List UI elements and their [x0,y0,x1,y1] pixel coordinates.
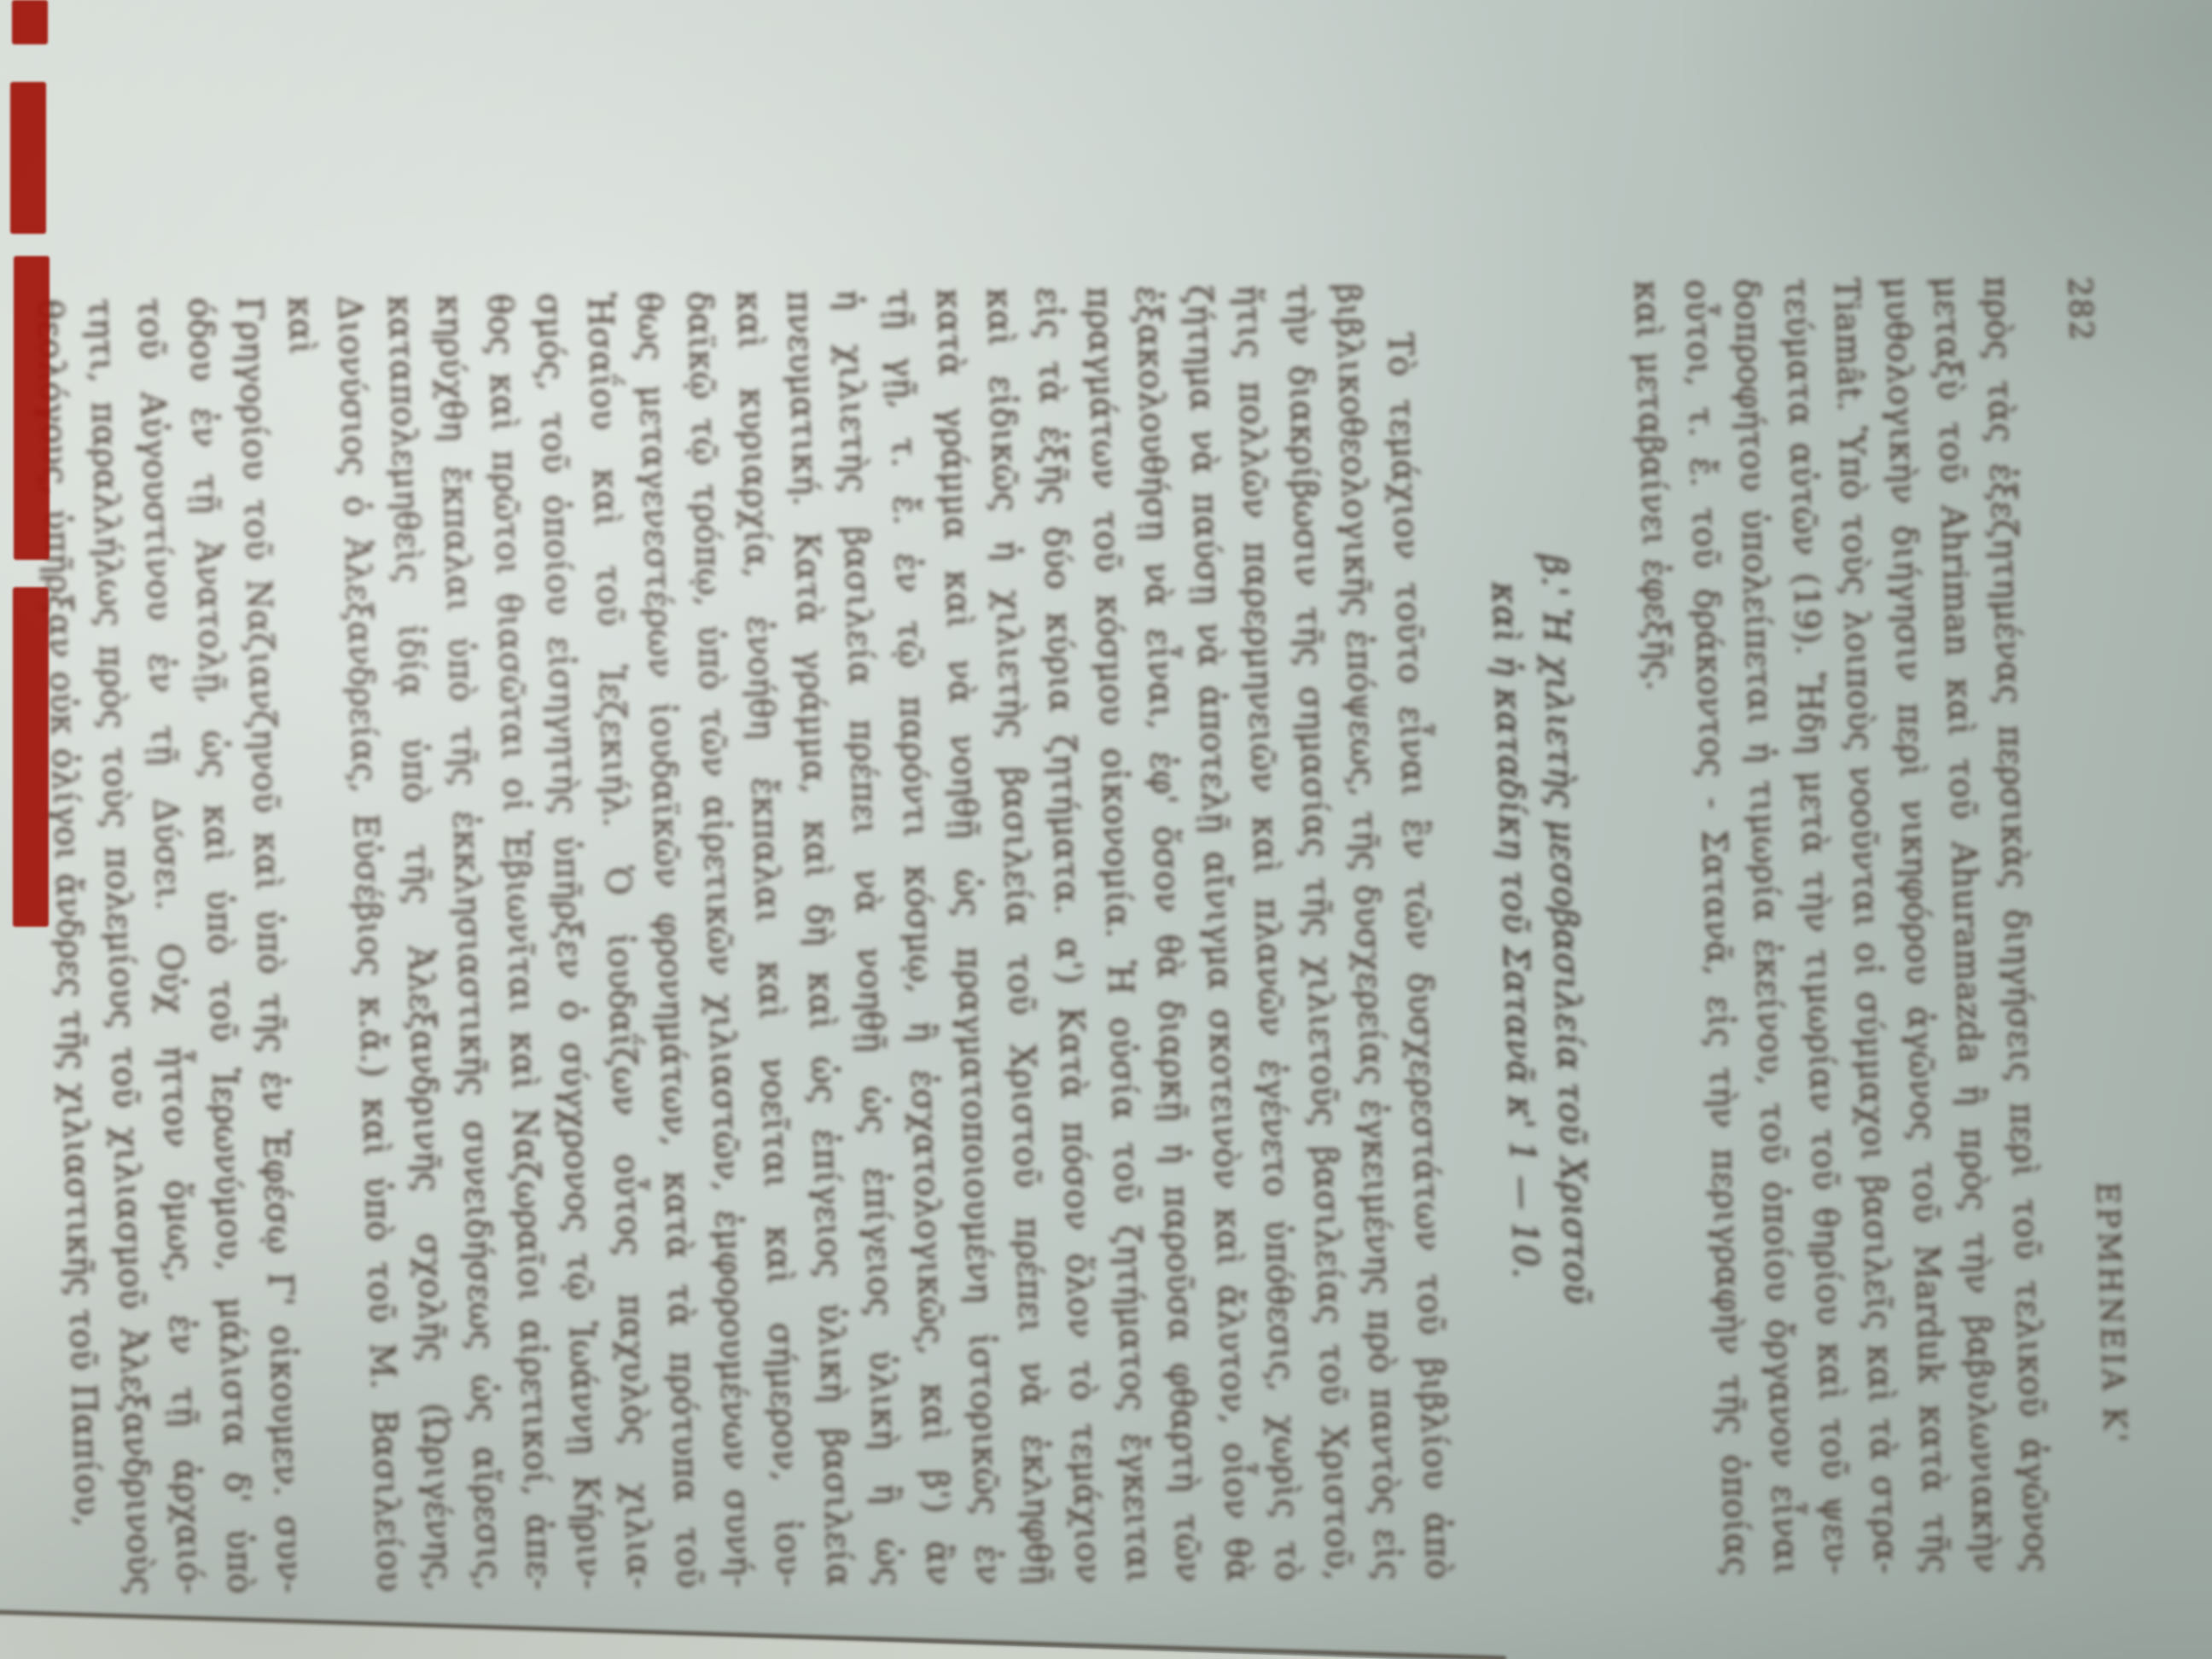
book-page-photo: 282 ΕΡΜΗΝΕΙΑ Κ' πρὸς τὰς ἐξεζητημένας πε… [0,0,2212,1659]
running-head: ΕΡΜΗΝΕΙΑ Κ' [2089,1181,2133,1445]
paragraph-1: πρὸς τὰς ἐξεζητημένας περσικὰς διηγήσεις… [1621,276,2061,1577]
paragraph-2: Τὸ τεμάχιον τοῦτο εἶναι ἓν τῶν δυσχερεστ… [25,282,1463,1596]
page-text-rotated: 282 ΕΡΜΗΝΕΙΑ Κ' πρὸς τὰς ἐξεζητημένας πε… [25,275,2138,1596]
page-header: 282 ΕΡΜΗΝΕΙΑ Κ' [2048,275,2138,1572]
red-edge-mark [14,256,49,560]
red-edge-mark [13,587,49,927]
red-edge-mark [10,82,46,234]
red-edge-mark [12,0,48,44]
section-heading: β.' Ἡ χιλιετὴς μεσοβασιλεία τοῦ Χριστοῦκ… [1470,281,1610,1579]
page-number: 282 [2061,276,2099,342]
